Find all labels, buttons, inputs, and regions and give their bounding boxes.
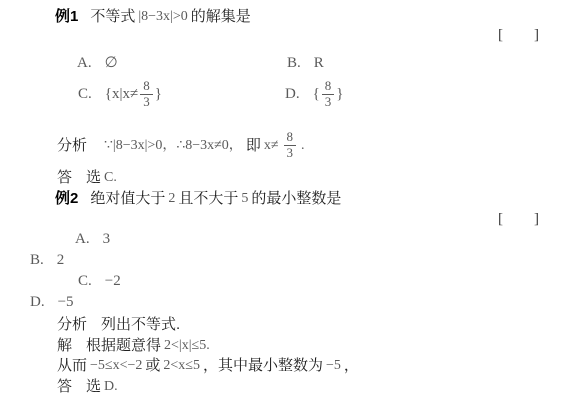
example1-answer: 答 选 C. [57,169,120,186]
fraction: 8 3 [284,130,297,161]
worksheet-page: 例1 不等式 |8−3x|>0 的解集是 [ ] A. ∅ B. R C. {x… [0,0,567,395]
example1-question-formula: |8−3x|>0 [138,8,187,25]
example2-answer-bracket: [ ] [498,211,539,227]
solution-math: 2<|x|≤5. [164,337,210,354]
example2-answer: 答 选 D. [57,378,121,395]
fraction-numerator: 8 [284,130,297,146]
option-b-label: B. [287,55,301,72]
fraction: 8 3 [140,79,153,110]
example2-solution: 解 根据题意得 2<|x|≤5. [57,337,213,354]
example2-derivation: 从而 −5≤x<−2 或 2<x≤5 ，其中最小整数为 −5 ， [57,357,359,374]
example1-answer-bracket: [ ] [498,27,539,43]
option-c-pre: {x|x≠ [105,86,138,103]
bracket-close: ] [534,27,539,43]
fraction-denominator: 3 [140,95,153,110]
example2-option-c: C. −2 [78,273,121,290]
example2-option-a: A. 3 [75,231,110,248]
example1-option-a: A. ∅ [77,55,118,72]
fraction-denominator: 3 [284,146,297,161]
example2-q-cn1: 绝对值大于 [90,190,165,207]
example1-option-d: D. { 8 3 } [285,77,344,111]
option-d-post: } [336,86,343,103]
answer-label: 答 [57,169,72,186]
derivation-m3: −5 [326,357,341,374]
option-b-value: 2 [57,252,65,269]
derivation-cn4: ， [344,357,359,374]
example2-option-b: B. 2 [30,252,64,269]
fraction-denominator: 3 [322,95,335,110]
bracket-open: [ [498,211,503,227]
option-a-value: 3 [103,231,111,248]
solution-cn: 根据题意得 [86,337,161,354]
answer-cn: 选 [86,169,101,186]
answer-choice: D. [104,378,118,395]
option-b-value: R [314,55,324,72]
analysis-math1: ∵|8−3x|>0，∴8−3x≠0， [104,137,243,154]
option-d-label: D. [285,86,300,103]
analysis-math2: x≠ [264,137,279,154]
example1-question-pre: 不等式 [90,8,135,25]
answer-cn: 选 [86,378,101,395]
analysis-text: 列出不等式. [101,316,180,333]
analysis-cn: 即 [246,137,261,154]
analysis-label: 分析 [57,316,87,333]
derivation-cn2: 或 [145,357,160,374]
answer-label: 答 [57,378,72,395]
option-a-label: A. [77,55,92,72]
example2-analysis: 分析 列出不等式. [57,316,180,333]
example2-q-m1: 2 [168,190,175,207]
example1-analysis: 分析 ∵|8−3x|>0，∴8−3x≠0， 即 x≠ 8 3 . [57,128,308,162]
fraction-numerator: 8 [140,79,153,95]
option-a-value: ∅ [105,55,118,72]
derivation-cn1: 从而 [57,357,87,374]
example1-option-b: B. R [287,55,324,72]
example1-question: 例1 不等式 |8−3x|>0 的解集是 [55,8,251,25]
example2-question: 例2 绝对值大于 2 且不大于 5 的最小整数是 [55,190,341,207]
option-c-label: C. [78,86,92,103]
answer-choice: C. [104,169,117,186]
option-d-pre: { [313,86,320,103]
bracket-close: ] [534,211,539,227]
option-d-value: −5 [58,294,74,311]
example1-question-post: 的解集是 [191,8,251,25]
bracket-open: [ [498,27,503,43]
example2-q-m2: 5 [241,190,248,207]
analysis-period: . [301,137,305,154]
derivation-m1: −5≤x<−2 [90,357,142,374]
fraction: 8 3 [322,79,335,110]
option-d-label: D. [30,294,45,311]
example1-label: 例1 [55,8,78,25]
derivation-cn3: ，其中最小整数为 [203,357,323,374]
option-c-label: C. [78,273,92,290]
option-a-label: A. [75,231,90,248]
example1-option-c: C. {x|x≠ 8 3 } [78,77,162,111]
example2-label: 例2 [55,190,78,207]
derivation-m2: 2<x≤5 [163,357,200,374]
option-c-value: −2 [105,273,121,290]
example2-q-cn3: 的最小整数是 [251,190,341,207]
option-b-label: B. [30,252,44,269]
example2-q-cn2: 且不大于 [178,190,238,207]
solution-label: 解 [57,337,72,354]
example2-option-d: D. −5 [30,294,74,311]
analysis-label: 分析 [57,137,87,154]
fraction-numerator: 8 [322,79,335,95]
option-c-post: } [155,86,162,103]
